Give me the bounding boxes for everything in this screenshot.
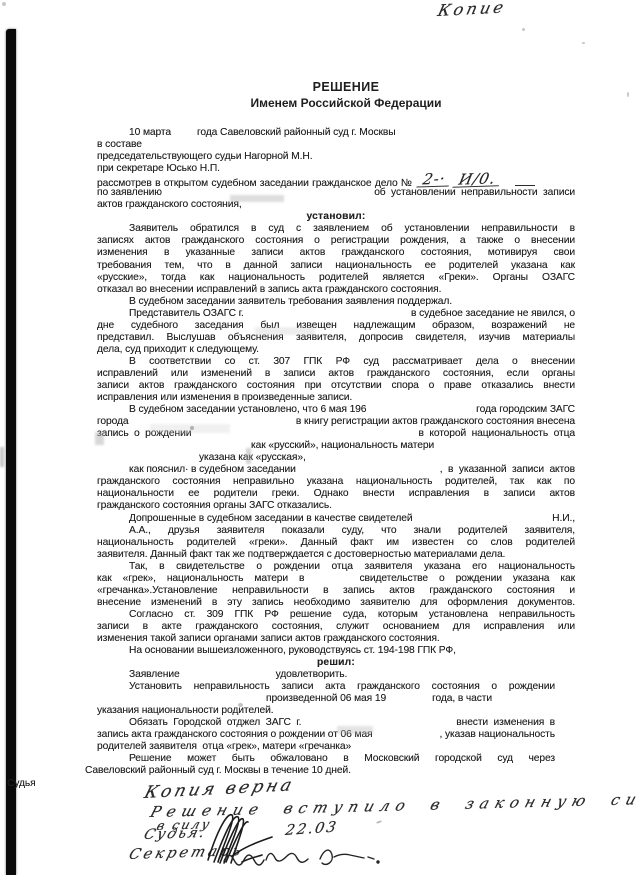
text-line: Установить неправильность записи акта гр… bbox=[97, 681, 555, 693]
text-segment: На основании вышеизложенного, руководств… bbox=[129, 645, 456, 656]
text-line: гражданского состояния органы ЗАГС отказ… bbox=[97, 500, 575, 512]
text-segment: как пояснил· в судебном заседании bbox=[129, 464, 296, 476]
ink-speck bbox=[522, 28, 525, 31]
text-line: записи актов гражданского состояния при … bbox=[97, 380, 575, 392]
text-line: В судебном заседании установлено, что 6 … bbox=[97, 404, 575, 416]
text-segment: Судья bbox=[7, 778, 36, 789]
ink-speck bbox=[627, 92, 629, 97]
text-line: Так, в свидетельстве о рождении отца зая… bbox=[97, 561, 575, 573]
text-segment: Заявитель обратился в суд с заявлением о… bbox=[129, 223, 575, 234]
text-segment: «русские», тогда как национальность роди… bbox=[97, 272, 575, 283]
text-segment: установил: bbox=[306, 211, 365, 222]
text-line: изменения в указанные записи актов гражд… bbox=[97, 247, 575, 259]
text-line: Заявитель обратился в суд с заявлением о… bbox=[97, 223, 575, 235]
text-segment: в которой национальность отца bbox=[418, 428, 575, 440]
text-segment: города bbox=[97, 416, 129, 428]
text-line: 10 мартагода Савеловский районный суд г.… bbox=[97, 127, 575, 139]
text-segment: записи в акте гражданского состояния, сл… bbox=[97, 621, 575, 632]
text-line: Савеловский районный суд г. Москвы в теч… bbox=[85, 765, 575, 777]
text-line: исправления или изменения в произведенны… bbox=[97, 392, 575, 404]
text-segment: Допрошенные в судебном заседании в качес… bbox=[129, 513, 412, 525]
text-segment: актов гражданского состояния, bbox=[97, 199, 242, 210]
text-segment: решил: bbox=[317, 657, 355, 668]
text-segment: дне судебного заседания был извещен надл… bbox=[97, 320, 575, 331]
text-line: А.А., друзья заявителя показали суду, чт… bbox=[97, 525, 575, 537]
text-line: Решение может быть обжаловано в Московск… bbox=[97, 753, 555, 765]
text-line: актов гражданского состояния, bbox=[97, 199, 575, 211]
text-segment: В соответствии со ст. 307 ГПК РФ суд рас… bbox=[129, 356, 575, 367]
erased-name-smudge bbox=[230, 195, 284, 202]
text-segment: в судебное заседание не явился, о bbox=[411, 308, 575, 320]
document-lines: 10 мартагода Савеловский районный суд г.… bbox=[97, 127, 575, 790]
text-line: В судебном заседании заявитель требовани… bbox=[97, 296, 575, 308]
handwritten-copy-stamp: Копие bbox=[436, 0, 508, 20]
text-line: Представитель ОЗАГС г.в судебное заседан… bbox=[97, 308, 575, 320]
text-segment: А.А., друзья заявителя показали суду, чт… bbox=[129, 525, 575, 536]
text-segment: председательствующего судьи Нагорной М.Н… bbox=[97, 151, 312, 162]
ink-speck bbox=[238, 703, 243, 707]
text-line: «гречанка».Установление неправильности в… bbox=[97, 585, 575, 597]
text-segment: Н.И., bbox=[552, 513, 575, 525]
text-segment: Установить неправильность записи акта гр… bbox=[129, 681, 555, 692]
text-segment: Обязать Городской отджел ЗАГС г. bbox=[129, 717, 301, 729]
text-line: представил. Выслушав объяснения заявител… bbox=[97, 332, 575, 344]
text-segment: Согласно ст. 309 ГПК РФ решение суда, ко… bbox=[129, 609, 575, 620]
text-line: Допрошенные в судебном заседании в качес… bbox=[97, 513, 575, 525]
text-segment: года, в части bbox=[432, 693, 492, 704]
text-line: На основании вышеизложенного, руководств… bbox=[97, 645, 575, 657]
photocopy-edge-bar bbox=[6, 29, 16, 875]
text-segment: Савеловский районный суд г. Москвы в теч… bbox=[85, 765, 351, 776]
text-segment: года Савеловский районный суд г. Москвы bbox=[197, 127, 396, 138]
text-line: изменения такой записи органами записи а… bbox=[97, 633, 575, 645]
text-segment: записях актов гражданского состояния о р… bbox=[97, 235, 575, 246]
text-line: установил: bbox=[97, 211, 575, 223]
text-segment: , указав национальность bbox=[440, 729, 555, 741]
text-segment: исправления или изменения в произведенны… bbox=[97, 392, 352, 403]
text-segment: заявителя. Данный факт так же подтвержда… bbox=[97, 549, 505, 560]
text-segment: Заявление bbox=[129, 669, 180, 680]
ink-speck bbox=[190, 426, 194, 430]
text-line: родителей заявителя отца «грек», матери … bbox=[97, 741, 575, 753]
text-segment: отказал во внесении исправлений в запись… bbox=[97, 284, 441, 295]
text-line: как «русский», национальность матери bbox=[97, 440, 575, 452]
text-line: произведенной 06 мая 19года, в части bbox=[97, 693, 575, 705]
text-segment: исправлений или изменений в записи актов… bbox=[97, 368, 575, 379]
text-segment: гражданского состояния неправильно указа… bbox=[97, 476, 575, 487]
text-segment: изменения в указанные записи актов гражд… bbox=[97, 247, 575, 258]
text-line: записи в акте гражданского состояния, сл… bbox=[97, 621, 575, 633]
text-segment: 10 марта bbox=[129, 127, 171, 138]
text-segment: внести изменения в bbox=[456, 717, 555, 729]
text-segment: В судебном заседании установлено, что 6 … bbox=[129, 404, 366, 416]
text-line: Обязать Городской отджел ЗАГС г.внести и… bbox=[97, 717, 555, 729]
erased-name-smudge bbox=[337, 726, 373, 734]
text-line: дела, суд приходит к следующему. bbox=[97, 344, 575, 356]
text-segment: Представитель ОЗАГС г. bbox=[129, 308, 244, 320]
text-line: рассмотрев в открытом судебном заседании… bbox=[97, 175, 575, 187]
text-line: «русские», тогда как национальность роди… bbox=[97, 272, 575, 284]
handwritten-date: 22.03 bbox=[284, 819, 339, 839]
text-segment: гражданского состояния органы ЗАГС отказ… bbox=[97, 500, 332, 511]
text-line: записях актов гражданского состояния о р… bbox=[97, 235, 575, 247]
text-segment: В судебном заседании заявитель требовани… bbox=[129, 296, 452, 307]
text-segment: указания национальности родителей. bbox=[97, 705, 274, 716]
text-segment: , в указанной записи актов bbox=[440, 464, 575, 476]
title-in-the-name: Именем Российской Федерации bbox=[107, 96, 585, 110]
text-segment: родителей заявителя отца «грек», матери … bbox=[97, 741, 351, 752]
text-segment: дела, суд приходит к следующему. bbox=[97, 344, 259, 355]
text-line: как «грек», национальность матери в свид… bbox=[97, 573, 575, 585]
text-line: национальность родителей «греки». Данный… bbox=[97, 537, 575, 549]
text-line: указана как «русская», bbox=[97, 452, 575, 464]
text-segment: в книгу регистрации актов гражданского с… bbox=[296, 416, 575, 428]
text-segment: указана как «русская», bbox=[199, 452, 306, 463]
text-segment: в составе bbox=[97, 139, 142, 150]
text-segment: Решение может быть обжаловано в Московск… bbox=[129, 753, 555, 764]
text-line: в составе bbox=[97, 139, 575, 151]
text-line: национальности ее родители греки. Однако… bbox=[97, 488, 575, 500]
text-segment: национальности ее родители греки. Однако… bbox=[97, 488, 575, 499]
text-line: внесение изменений в эту запись необходи… bbox=[97, 597, 575, 609]
text-segment: представил. Выслушав объяснения заявител… bbox=[97, 332, 575, 343]
text-segment: при секретаре Юсько Н.П. bbox=[97, 163, 220, 174]
text-segment: как «грек», национальность матери в свид… bbox=[97, 573, 575, 584]
text-segment: национальность родителей «греки». Данный… bbox=[97, 537, 575, 548]
text-segment: требования тем, что в данной записи наци… bbox=[97, 260, 575, 271]
text-segment: удовлетворить. bbox=[276, 669, 348, 680]
text-segment: «гречанка».Установление неправильности в… bbox=[97, 585, 575, 596]
text-line: гражданского состояния неправильно указа… bbox=[97, 476, 575, 488]
text-segment: запись акта гражданского состояния о рож… bbox=[97, 729, 373, 741]
text-line: В соответствии со ст. 307 ГПК РФ суд рас… bbox=[97, 356, 575, 368]
title-resheniye: РЕШЕНИЕ bbox=[107, 80, 585, 94]
secretary-signature-scribble bbox=[222, 845, 382, 869]
handwritten-case-number: 2-· bbox=[416, 173, 452, 188]
text-line: решил: bbox=[97, 657, 575, 669]
ink-speck bbox=[582, 42, 585, 44]
text-segment: произведенной 06 мая 19 bbox=[266, 693, 386, 704]
text-segment: об установлении неправильности записи bbox=[374, 187, 575, 199]
text-line: заявителя. Данный факт так же подтвержда… bbox=[97, 549, 575, 561]
text-segment: Так, в свидетельстве о рождении отца зая… bbox=[129, 561, 575, 572]
blank-underline bbox=[515, 176, 535, 186]
handwritten-case-number: И/0. bbox=[453, 172, 503, 188]
document-title-block: РЕШЕНИЕ Именем Российской Федерации bbox=[107, 80, 585, 110]
text-line: при секретаре Юсько Н.П. bbox=[97, 163, 575, 175]
text-line: председательствующего судьи Нагорной М.Н… bbox=[97, 151, 575, 163]
margin-smudge bbox=[95, 432, 104, 445]
text-line: Заявлениеудовлетворить. bbox=[97, 669, 575, 681]
text-line: Согласно ст. 309 ГПК РФ решение суда, ко… bbox=[97, 609, 575, 621]
text-segment: изменения такой записи органами записи а… bbox=[97, 633, 440, 644]
text-line: запись акта гражданского состояния о рож… bbox=[97, 729, 555, 741]
text-line: указания национальности родителей. bbox=[97, 705, 575, 717]
text-segment: года городским ЗАГС bbox=[476, 404, 575, 416]
text-segment: как «русский», национальность матери bbox=[251, 440, 434, 451]
text-line: как пояснил· в судебном заседании, в ука… bbox=[97, 464, 575, 476]
text-segment: по заявлению bbox=[97, 187, 162, 199]
ink-speck bbox=[2, 2, 6, 6]
edge-smudge bbox=[0, 447, 4, 467]
text-line: требования тем, что в данной записи наци… bbox=[97, 260, 575, 272]
text-line: исправлений или изменений в записи актов… bbox=[97, 368, 575, 380]
erased-name-smudge bbox=[255, 327, 315, 335]
text-segment: внесение изменений в эту запись необходи… bbox=[97, 597, 575, 608]
text-line: дне судебного заседания был извещен надл… bbox=[97, 320, 575, 332]
text-segment: записи актов гражданского состояния при … bbox=[97, 380, 575, 391]
scanned-court-decision-page: Копие РЕШЕНИЕ Именем Российской Федераци… bbox=[0, 0, 638, 875]
text-line: отказал во внесении исправлений в запись… bbox=[97, 284, 575, 296]
ink-speck bbox=[376, 820, 382, 824]
margin-smudge bbox=[246, 448, 251, 464]
